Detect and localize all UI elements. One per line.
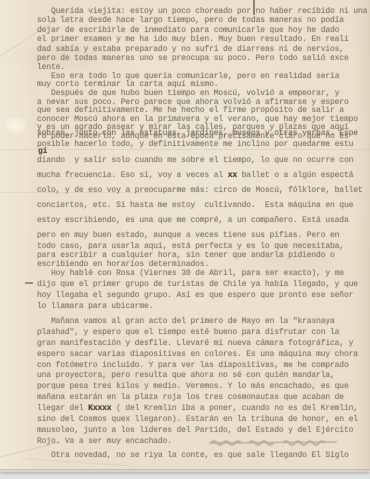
letter-line: espero sacar varias diapositivas en colo… bbox=[37, 350, 370, 361]
letter-line: dad sabía y estaba preparado y no sufrí … bbox=[37, 45, 370, 54]
letter-line: gran manifestación y desfile. Llevaré mi… bbox=[37, 339, 370, 350]
letter-line: porque pesa tres kilos y medio. Veremos.… bbox=[37, 382, 370, 393]
letter-photo: Querida viejita: estoy un poco choreado … bbox=[0, 0, 370, 479]
letter-body: Querida viejita: estoy un poco choreado … bbox=[37, 7, 370, 462]
paper-bottom-edge bbox=[0, 469, 370, 472]
letter-line: Otra novedad, no se riya la conte, es qu… bbox=[37, 451, 370, 462]
letter-line: sino del Cosmos quex llegaron). Estarán … bbox=[37, 415, 370, 426]
letter-line: diando y salir solo cuando me sobre el t… bbox=[37, 153, 370, 168]
letter-line: conciertos, etc. Si hasta me estoy culti… bbox=[37, 198, 370, 213]
letter-line: dijo que el primer grupo de turistas de … bbox=[37, 280, 370, 291]
letter-line: Mañana vamos al gran acto del primero de… bbox=[37, 317, 370, 328]
letter-line: Querida viejita: estoy un poco choreado … bbox=[37, 7, 370, 16]
letter-line: mucha frecuencia. Eso sí, voy a veces al… bbox=[37, 168, 370, 183]
overstruck-text: Kxxxx bbox=[88, 404, 111, 413]
letter-line: dejar de escribirle de inmediato para co… bbox=[37, 26, 370, 35]
letter-line: pero en muy buen estado, aunque a veces … bbox=[37, 228, 370, 243]
letter-line: mañana estarán en la plaza roja los tres… bbox=[37, 393, 370, 404]
letter-line: colo, y de eso voy a preocuparme más: ci… bbox=[37, 183, 370, 198]
letter-line: una proyectora, pero resulta que ahora n… bbox=[37, 371, 370, 382]
letter-line: el primer examen y me ha ido muy bien. M… bbox=[37, 35, 370, 44]
letter-line: plashad", y espero que el tiempo esté bu… bbox=[37, 328, 370, 339]
letter-line: hoy llegaba el segundo grupo. Así es que… bbox=[37, 291, 370, 302]
letter-line: llegar del Kxxxx ( del Kremlin iba a pon… bbox=[37, 404, 370, 415]
letter-line: Hoy hablé con Rosa (Viernes 30 de Abril,… bbox=[37, 269, 370, 280]
letter-line: lo llamara para ubicarme. bbox=[37, 302, 370, 313]
letter-line: pero de todas maneras uno se preocupa su… bbox=[37, 54, 370, 63]
overstruck-text: xx bbox=[228, 171, 237, 180]
letter-line: posible hacerlo todo, y definitivamente … bbox=[37, 141, 370, 150]
pencil-scribble-strikeout bbox=[209, 437, 337, 449]
letter-line: con fotómetro incluido. Y para ver las d… bbox=[37, 361, 370, 372]
letter-line: mausoleo, junto a los líderes del Partid… bbox=[37, 426, 370, 437]
letter-line: estoy escribiendo, es una que me compré,… bbox=[37, 213, 370, 228]
overtyped-line: sobran, junto con las estatuas, jardines… bbox=[37, 130, 358, 139]
letter-line: sola letra desde hace largo tiempo, pero… bbox=[37, 16, 370, 25]
